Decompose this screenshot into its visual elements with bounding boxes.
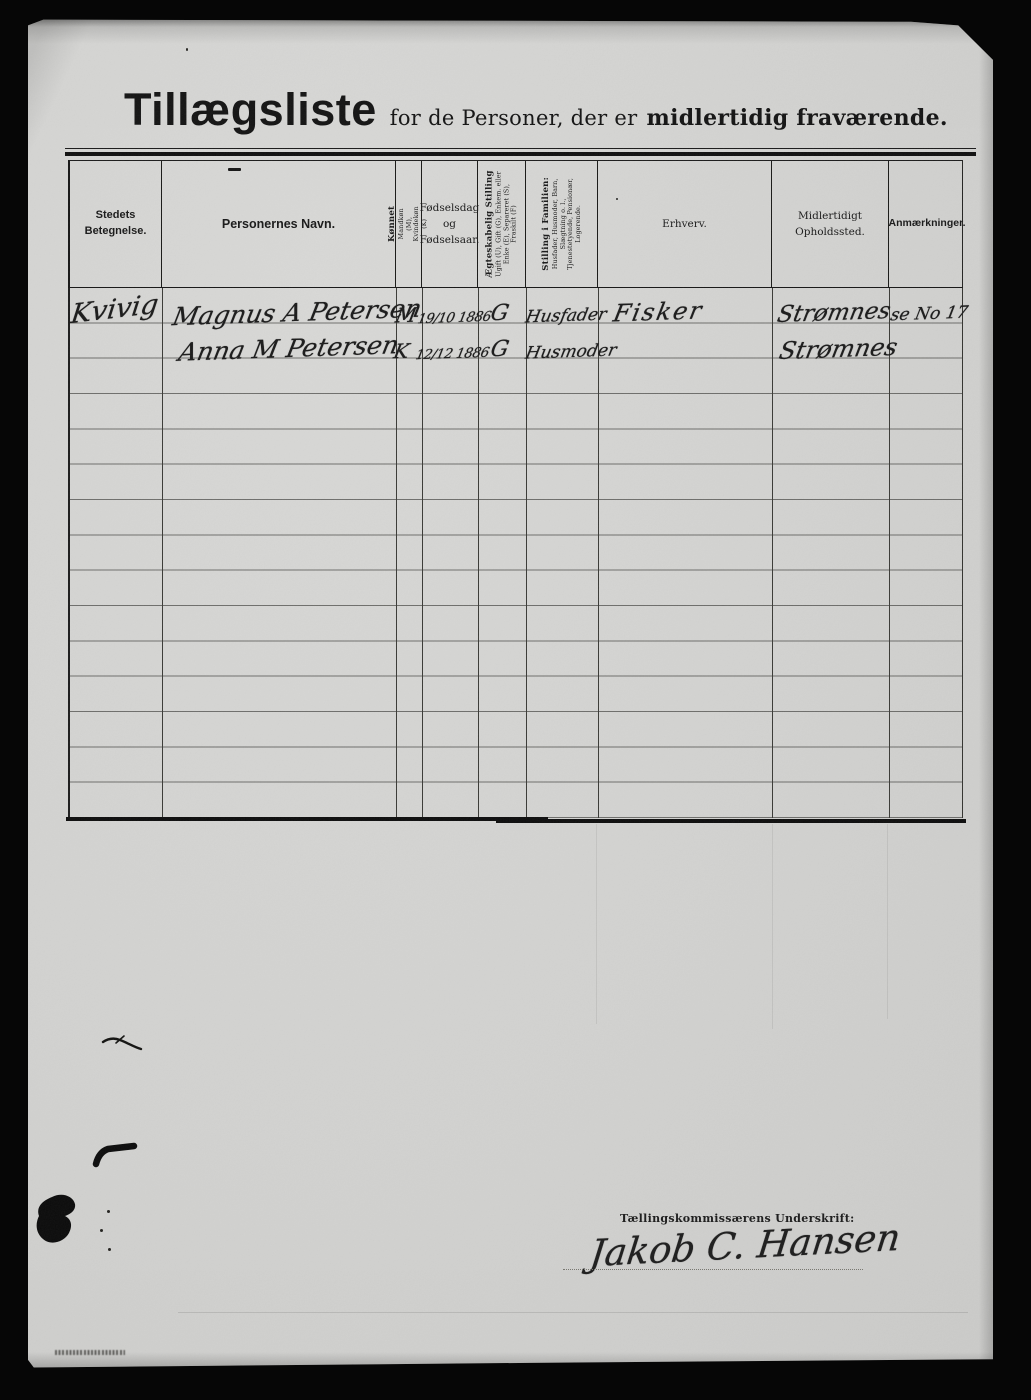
page-title-tail-bold: midlertidig fraværende. [647,105,948,131]
column-header-label: Personernes Navn. [222,215,335,233]
page-title-main: Tillægsliste [124,84,377,136]
column-header-label: Ægteskabelig Stilling [484,170,494,277]
cell-opholdssted-row2: Strømnes [777,333,900,365]
column-line [598,288,599,818]
stray-dash-mark [228,168,241,171]
table-bottom-border [496,819,966,823]
column-header-label: Midlertidigt Opholdssted. [772,208,888,241]
column-header-aegteskabelig-stilling: Ægteskabelig Stilling Ugift (U), Gift (G… [478,161,526,287]
bleed-line [772,824,773,1029]
column-line [478,288,479,818]
title-rule-thick [65,152,976,156]
column-line [162,288,163,818]
column-header-label: Erhverv. [662,216,707,232]
column-header-fodselsdag: Fødselsdag og Fødselsaar. [422,161,478,287]
ink-squiggle-mark [101,1034,143,1052]
ink-speck [100,1229,103,1232]
column-header-stedets-betegnelse: Stedets Betegnelse. [70,161,162,287]
cell-stilling-row2: Husmoder [524,340,619,363]
bleed-line [887,824,888,1019]
column-header-erhverv: Erhverv. [598,161,772,287]
ink-speck [186,48,188,51]
signature-line [563,1269,863,1270]
ink-blot [32,1190,90,1254]
ink-speck [616,198,618,200]
column-header-midlertidigt-opholdssted: Midlertidigt Opholdssted. [772,161,889,287]
page-title-tail: for de Personer, der er [390,106,638,130]
column-header-label: Stilling i Familien: [541,177,551,271]
ink-speck [108,1248,111,1251]
column-header-anmaerkninger: Anmærkninger. [889,161,965,287]
column-line [422,288,423,818]
cell-erhverv-row1: Fisker [611,296,706,327]
column-line [526,288,527,818]
table-header-row: Stedets Betegnelse. Personernes Navn. Kø… [68,160,963,288]
column-header-stilling-i-familien: Stilling i Familien: Husfader, Husmoder,… [526,161,598,287]
column-header-label: Fødselsdag og Fødselsaar. [420,200,480,249]
paper-crease [178,1312,968,1313]
bleed-line [596,824,597,1024]
column-header-label: Kønnet [388,206,398,242]
title-rule-thin [65,148,976,149]
cell-fodsel-row1: 19/10 1886 [416,309,492,328]
table-body-grid [68,288,963,818]
cell-stilling-row1: Husfader [524,305,609,328]
ink-angle-mark [91,1140,139,1168]
column-header-sublabel: Husfader, Husmoder, Barn, Slægtning o. l… [552,177,583,271]
column-header-konnet: Kønnet Mandkøn (M), Kvindekøn (K) [396,161,422,287]
cell-opholdssted-row1: Strømnes [775,298,893,328]
column-line [772,288,773,818]
column-header-personernes-navn: Personernes Navn. [162,161,396,287]
printer-imprint [55,1350,125,1355]
cell-fodsel-row2: 12/12 1886 [414,345,490,364]
document-page: Tillægsliste for de Personer, der er mid… [28,18,993,1368]
column-header-label: Stedets Betegnelse. [70,208,161,240]
page-title: Tillægsliste for de Personer, der er mid… [124,84,948,136]
column-header-sublabel: Ugift (U), Gift (G), Enkem. eller Enke (… [495,170,518,277]
column-line [396,288,397,818]
table-bottom-border [66,817,548,821]
column-line [889,288,890,818]
ink-speck [107,1210,110,1213]
column-header-label: Anmærkninger. [888,216,965,231]
cell-anmaerkning-row1: se No 17 [889,303,970,326]
